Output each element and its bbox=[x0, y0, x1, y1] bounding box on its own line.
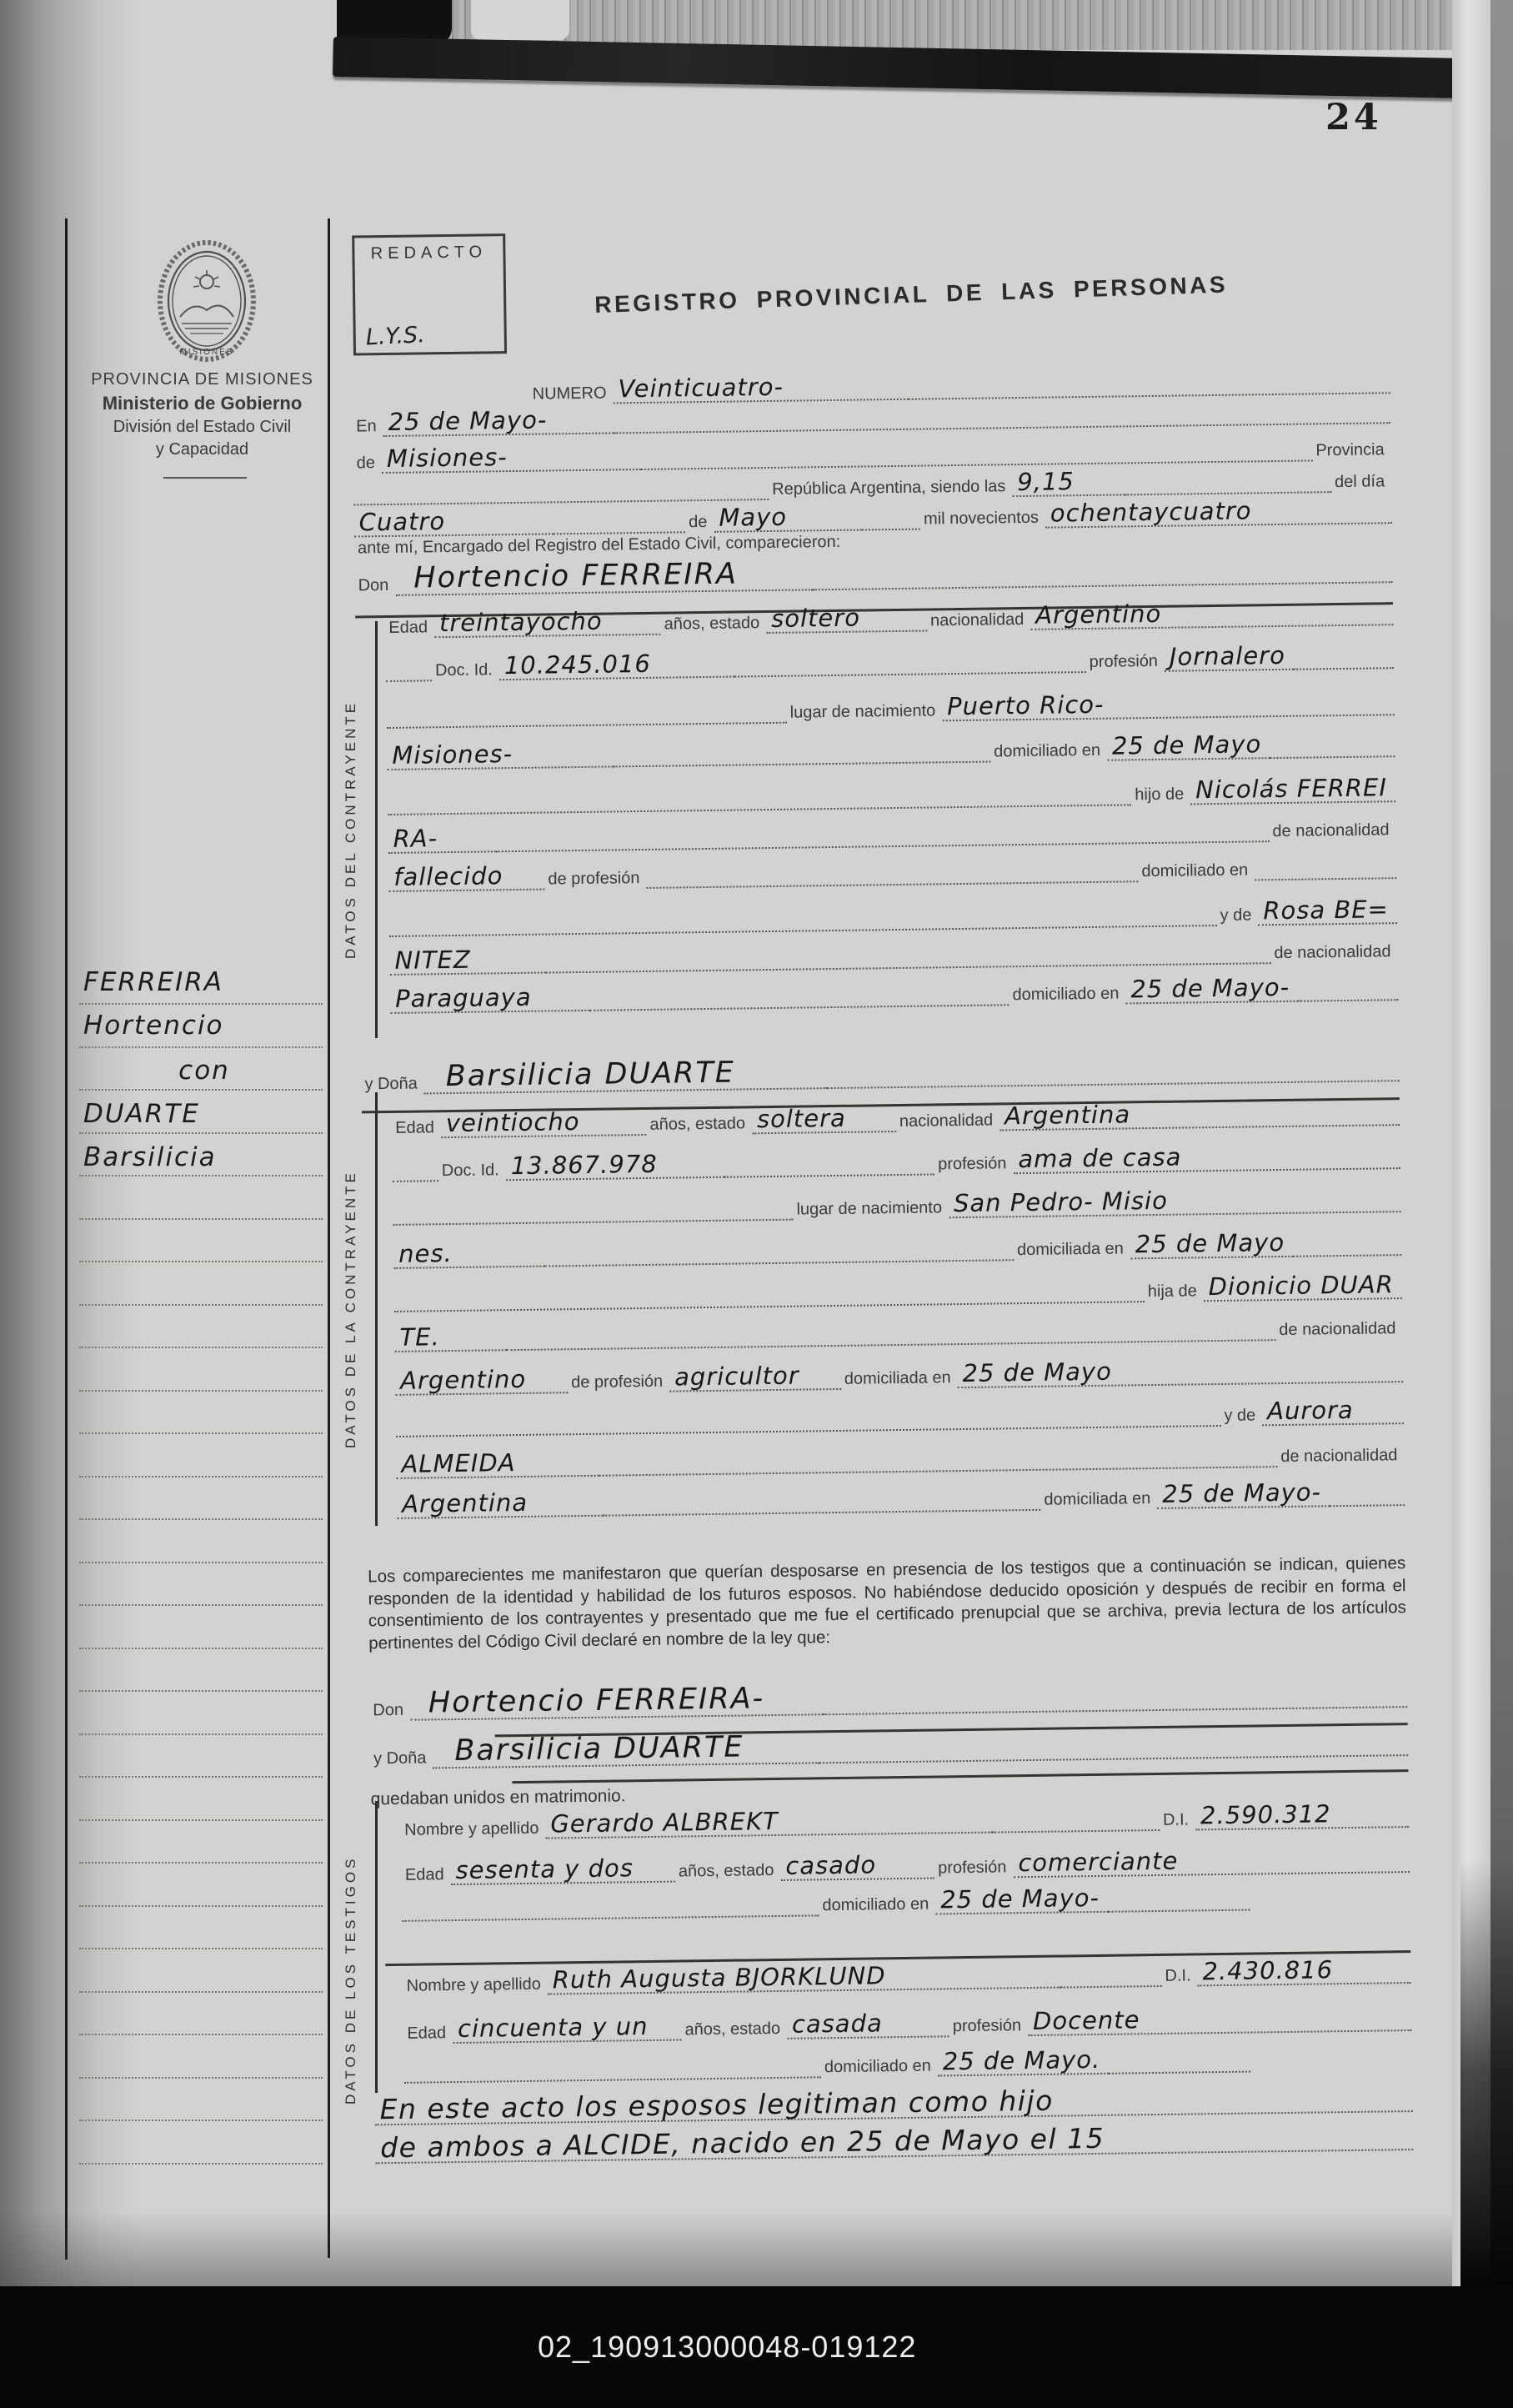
en-label: En bbox=[353, 418, 383, 437]
bride-padre-value2: TE. bbox=[394, 1325, 507, 1352]
de-nacionalidad-label: de nacionalidad bbox=[1269, 821, 1395, 842]
margin-dotted-line bbox=[79, 2163, 323, 2165]
groom-doc-row: Doc. Id. 10.245.016 profesión Jornalero bbox=[386, 630, 1394, 682]
margin-groom-name: Hortencio bbox=[83, 1011, 325, 1049]
bride-edad-row: Edad veintiocho años, estado soltera nac… bbox=[392, 1087, 1400, 1139]
margin-dotted-line bbox=[79, 1733, 323, 1735]
bride-domicilio-value: 25 de Mayo bbox=[1130, 1231, 1294, 1259]
margin-dotted-line bbox=[79, 1218, 323, 1220]
domiciliado-label: domiciliado en bbox=[819, 1896, 935, 1917]
bride-nacimiento-value2: nes. bbox=[393, 1241, 544, 1269]
y-de-label: y de bbox=[1220, 1407, 1262, 1427]
domiciliada3-label: domiciliada en bbox=[1040, 1490, 1157, 1511]
bride-name-value: Barsilicia DUARTE bbox=[424, 1057, 828, 1094]
bride-estado-value: soltera bbox=[752, 1106, 896, 1134]
margin-dotted-line bbox=[79, 1347, 323, 1348]
de-profesion-label: de profesión bbox=[544, 870, 646, 890]
bride-madre-value: Aurora bbox=[1262, 1398, 1404, 1427]
groom-padre-value2: RA- bbox=[388, 826, 496, 854]
nacionalidad-label: nacionalidad bbox=[927, 611, 1031, 632]
dotted-line bbox=[1270, 755, 1395, 759]
profesion-label: profesión bbox=[934, 1155, 1014, 1175]
dotted-line bbox=[590, 1004, 1010, 1011]
groom-edad-value: treintayocho bbox=[434, 609, 661, 638]
dotted-line bbox=[386, 680, 432, 682]
scan-artifact-light-patch bbox=[471, 0, 569, 40]
witness1-domicilio-value: 25 de Mayo- bbox=[935, 1886, 1108, 1914]
witness2-edad-value: cincuenta y un bbox=[453, 2014, 682, 2044]
witness2-name-value: Ruth Augusta BJORKLUND bbox=[548, 1962, 1061, 1995]
page-number: 24 bbox=[1325, 97, 1382, 138]
nombre-label: Nombre y apellido bbox=[401, 1820, 545, 1841]
bride-nacimiento-value: San Pedro- Misio bbox=[949, 1186, 1401, 1219]
bride-padre-profesion-value: agricultor bbox=[669, 1363, 841, 1392]
field-dona: y Doña Barsilicia DUARTE bbox=[361, 1033, 1400, 1095]
nombre-label: Nombre y apellido bbox=[403, 1976, 548, 1997]
dotted-line bbox=[544, 1259, 1014, 1267]
dotted-line bbox=[734, 671, 1086, 678]
margin-dotted-line bbox=[79, 1562, 323, 1563]
groom-name-value: Hortencio FERREIRA bbox=[395, 559, 813, 596]
domiciliado-label: domiciliado en bbox=[821, 2057, 938, 2078]
groom-padre-estado-value: fallecido bbox=[388, 864, 544, 892]
bride-padre-nacionalidad-value: Argentino bbox=[395, 1367, 568, 1396]
groom-profesion-value: Jornalero bbox=[1165, 644, 1294, 672]
margin-dotted-line bbox=[79, 1261, 323, 1262]
dotted-line bbox=[403, 1914, 819, 1922]
dotted-line bbox=[1255, 877, 1396, 880]
margin-bride-surname: DUARTE bbox=[83, 1099, 325, 1137]
dotted-line bbox=[1293, 1254, 1401, 1257]
di-label: D.I. bbox=[1160, 1811, 1195, 1831]
de-profesion-label: de profesión bbox=[568, 1373, 669, 1394]
margin-dotted-line bbox=[79, 1476, 323, 1477]
de-nacionalidad-label: de nacionalidad bbox=[1275, 1320, 1402, 1341]
anos-estado-label: años, estado bbox=[646, 1115, 752, 1136]
bride-doc-value: 13.867.978 bbox=[506, 1151, 724, 1181]
de-nacionalidad2-label: de nacionalidad bbox=[1277, 1447, 1404, 1467]
letterhead-division-line2: y Capacidad bbox=[71, 440, 333, 459]
groom-edad-row: Edad treintayocho años, estado soltero n… bbox=[385, 587, 1393, 639]
doc-label: Doc. Id. bbox=[432, 661, 499, 681]
edad-label: Edad bbox=[392, 1119, 441, 1139]
margin-dotted-line bbox=[79, 1432, 323, 1434]
groom-nacimiento-value: Puerto Rico- bbox=[942, 690, 1395, 722]
dotted-line bbox=[1330, 1504, 1405, 1507]
groom-nacimiento-value2: Misiones- bbox=[387, 741, 613, 770]
dotted-line bbox=[992, 1829, 1160, 1834]
page-bottom-shadow bbox=[0, 2211, 1452, 2286]
form-left-rule bbox=[328, 218, 330, 2258]
margin-rule-left bbox=[65, 218, 68, 2260]
groom-estado-value: soltero bbox=[766, 605, 927, 634]
annotation-line2: de ambos a ALCIDE, nacido en 25 de Mayo … bbox=[375, 2120, 1413, 2164]
bride-madre-value2: ALMEIDA bbox=[396, 1450, 599, 1479]
domiciliado2-label: domiciliado en bbox=[1138, 861, 1255, 882]
margin-bride-name: Barsilicia bbox=[83, 1142, 325, 1181]
bride-profesion-value: ama de casa bbox=[1013, 1143, 1400, 1175]
dotted-line bbox=[827, 1080, 1399, 1089]
anos-estado-label: años, estado bbox=[661, 615, 767, 635]
redacto-label: REDACTO bbox=[354, 243, 503, 263]
doc-label: Doc. Id. bbox=[438, 1161, 506, 1181]
declaration-paragraph: Los comparecientes me manifestaron que q… bbox=[368, 1553, 1406, 1654]
dotted-line bbox=[1108, 1909, 1250, 1913]
margin-dotted-line bbox=[79, 1862, 323, 1864]
de-nacionalidad2-label: de nacionalidad bbox=[1270, 943, 1397, 964]
dona-label: y Doña bbox=[370, 1749, 433, 1769]
bride-doc-row: Doc. Id. 13.867.978 profesión ama de cas… bbox=[392, 1131, 1400, 1182]
witness2-domicilio-value: 25 de Mayo. bbox=[938, 2048, 1110, 2076]
hijo-de-label: hijo de bbox=[1131, 785, 1190, 805]
margin-dotted-line bbox=[79, 1991, 323, 1993]
clerk-initials: L.Y.S. bbox=[365, 322, 425, 350]
hija-de-label: hija de bbox=[1145, 1282, 1204, 1302]
witness2-di-value: 2.430.816 bbox=[1197, 1957, 1410, 1986]
profesion-label: profesión bbox=[949, 2017, 1029, 2037]
margin-dotted-line bbox=[79, 2034, 323, 2035]
groom-madre-value2: NITEZ bbox=[389, 947, 546, 976]
hand-drawn-line bbox=[512, 1769, 1408, 1783]
letterhead-province: PROVINCIA DE MISIONES bbox=[71, 370, 333, 389]
nacimiento-label: lugar de nacimiento bbox=[793, 1199, 949, 1220]
dotted-line bbox=[724, 1173, 934, 1177]
dotted-line bbox=[1061, 1985, 1162, 1989]
domiciliado3-label: domiciliado en bbox=[1009, 985, 1125, 1006]
scanned-registry-page: 24 MISIONES PROVINCIA DE MISIONES bbox=[0, 0, 1513, 2408]
groom-madre-nacionalidad-value: Paraguaya bbox=[390, 985, 590, 1014]
registry-form: REDACTO L.Y.S. REGISTRO PROVINCIAL DE LA… bbox=[350, 212, 1414, 2185]
margin-dotted-line bbox=[79, 1648, 323, 1649]
don-label: Don bbox=[369, 1702, 410, 1722]
dona-label: y Doña bbox=[361, 1075, 424, 1095]
margin-dotted-line bbox=[79, 1390, 323, 1392]
svg-text:MISIONES: MISIONES bbox=[180, 348, 234, 357]
microfilm-reference-code: 02_190913000048-019122 bbox=[538, 2330, 916, 2365]
groom-doc-value: 10.245.016 bbox=[499, 651, 734, 680]
margin-dotted-line bbox=[79, 1905, 323, 1907]
redacto-stamp-box: REDACTO L.Y.S. bbox=[352, 233, 507, 355]
margin-dotted-line bbox=[79, 1776, 323, 1778]
witness2-estado-value: casada bbox=[787, 2011, 949, 2039]
margin-dotted-line bbox=[79, 1819, 323, 1821]
groom-madre-domicilio-value: 25 de Mayo- bbox=[1125, 976, 1298, 1004]
dotted-line bbox=[603, 1509, 1040, 1517]
bride-padre-value: Dionicio DUAR bbox=[1203, 1273, 1401, 1302]
dotted-line bbox=[647, 880, 1139, 889]
bride-domicilio-row: nes. domiciliada en 25 de Mayo bbox=[393, 1217, 1401, 1269]
margin-groom-surname: FERREIRA bbox=[83, 967, 325, 1006]
bride-nacionalidad-value: Argentina bbox=[999, 1100, 1400, 1131]
groom-nacionalidad-value: Argentino bbox=[1030, 599, 1393, 630]
bride-padre-domicilio-value: 25 de Mayo bbox=[957, 1357, 1403, 1389]
dotted-line bbox=[393, 1180, 438, 1182]
margin-dotted-line bbox=[79, 2077, 323, 2079]
don-label: Don bbox=[355, 577, 396, 597]
bride-nacimiento-row: lugar de nacimiento San Pedro- Misio bbox=[393, 1174, 1400, 1226]
nacimiento-label: lugar de nacimiento bbox=[787, 702, 943, 723]
witness2-name-row: Nombre y apellido Ruth Augusta BJORKLUND… bbox=[403, 1942, 1411, 1997]
domiciliada-label: domiciliada en bbox=[1014, 1240, 1130, 1261]
anos-estado-label: años, estado bbox=[681, 2020, 787, 2041]
letterhead-divider bbox=[163, 477, 247, 479]
groom-madre-value: Rosa BE= bbox=[1258, 898, 1397, 926]
domiciliada2-label: domiciliada en bbox=[841, 1369, 958, 1390]
letterhead-ministry: Ministerio de Gobierno bbox=[71, 393, 333, 414]
margin-dotted-line bbox=[79, 1518, 323, 1520]
groom-padre-value: Nicolás FERREI bbox=[1190, 776, 1395, 805]
edad-label: Edad bbox=[385, 619, 434, 639]
y-de-label: y de bbox=[1216, 906, 1258, 926]
margin-dotted-line bbox=[79, 1604, 323, 1606]
declaration-bride-name: Barsilicia DUARTE bbox=[433, 1733, 819, 1769]
margin-dotted-line bbox=[79, 1690, 323, 1692]
profesion-label: profesión bbox=[1086, 653, 1165, 673]
margin-connector: con bbox=[83, 1056, 325, 1094]
section-label-witnesses: DATOS DE LOS TESTIGOS bbox=[331, 1801, 371, 2160]
witness1-name-value: Gerardo ALBREKT bbox=[545, 1807, 992, 1839]
di-label: D.I. bbox=[1161, 1967, 1197, 1987]
bride-madre-domicilio-value: 25 de Mayo- bbox=[1157, 1481, 1330, 1509]
dotted-line bbox=[819, 1754, 1408, 1763]
paper-sheet: 24 MISIONES PROVINCIA DE MISIONES bbox=[0, 0, 1452, 2286]
declaration-groom-name: Hortencio FERREIRA- bbox=[410, 1684, 824, 1721]
witness1-di-value: 2.590.312 bbox=[1195, 1801, 1409, 1830]
registry-title: REGISTRO PROVINCIAL DE LAS PERSONAS bbox=[594, 271, 1229, 319]
bride-madre-nacionalidad-value: Argentina bbox=[397, 1490, 603, 1519]
letterhead-division-line1: División del Estado Civil bbox=[71, 418, 333, 437]
dotted-line bbox=[1298, 999, 1398, 1002]
margin-dotted-line bbox=[79, 2120, 323, 2121]
dotted-line bbox=[1294, 667, 1394, 670]
margin-dotted-line bbox=[79, 1304, 323, 1306]
domiciliado-label: domiciliado en bbox=[990, 742, 1107, 763]
bride-edad-value: veintiocho bbox=[441, 1109, 647, 1138]
provincial-seal-icon: MISIONES bbox=[155, 240, 258, 369]
scan-shadow-wedge bbox=[1460, 1859, 1513, 2286]
witness2-profesion-value: Docente bbox=[1028, 2004, 1412, 2036]
groom-domicilio-value: 25 de Mayo bbox=[1107, 733, 1270, 761]
dotted-line bbox=[613, 761, 990, 768]
margin-dotted-line bbox=[79, 1948, 323, 1949]
film-footer-band: 02_190913000048-019122 bbox=[0, 2286, 1513, 2408]
dotted-line bbox=[393, 1219, 794, 1226]
nacionalidad-label: nacionalidad bbox=[896, 1111, 1000, 1132]
edad-label: Edad bbox=[403, 2024, 453, 2044]
